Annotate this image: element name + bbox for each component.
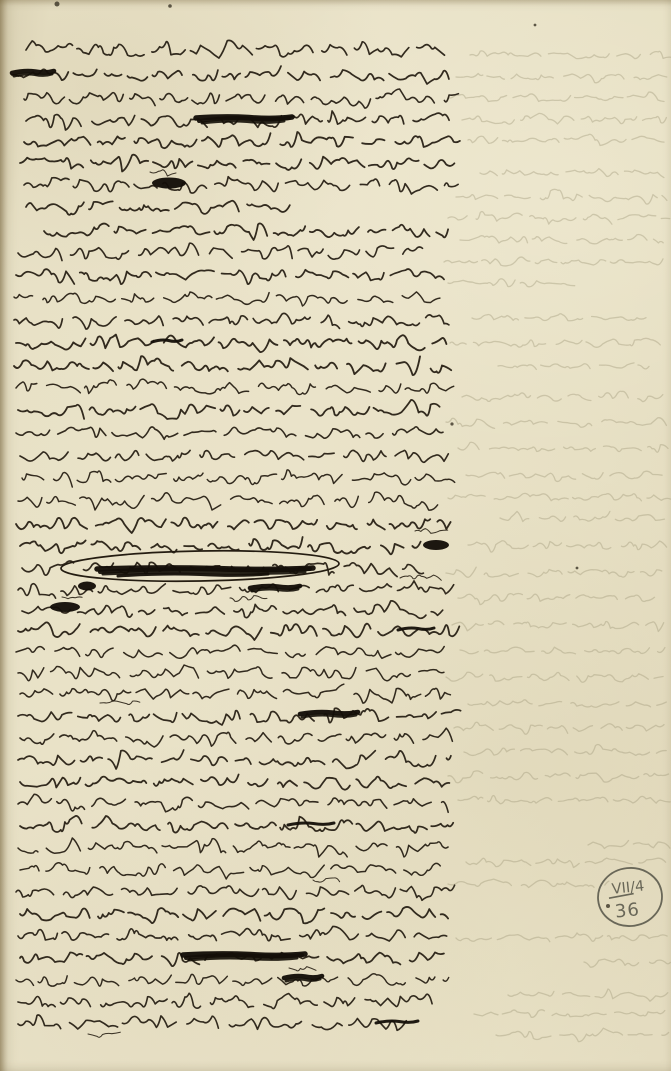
- manuscript-page: VII/4 36: [0, 0, 671, 1071]
- archive-stamp: VII/4 36: [0, 0, 671, 1071]
- stamp-page-number: 36: [614, 899, 641, 922]
